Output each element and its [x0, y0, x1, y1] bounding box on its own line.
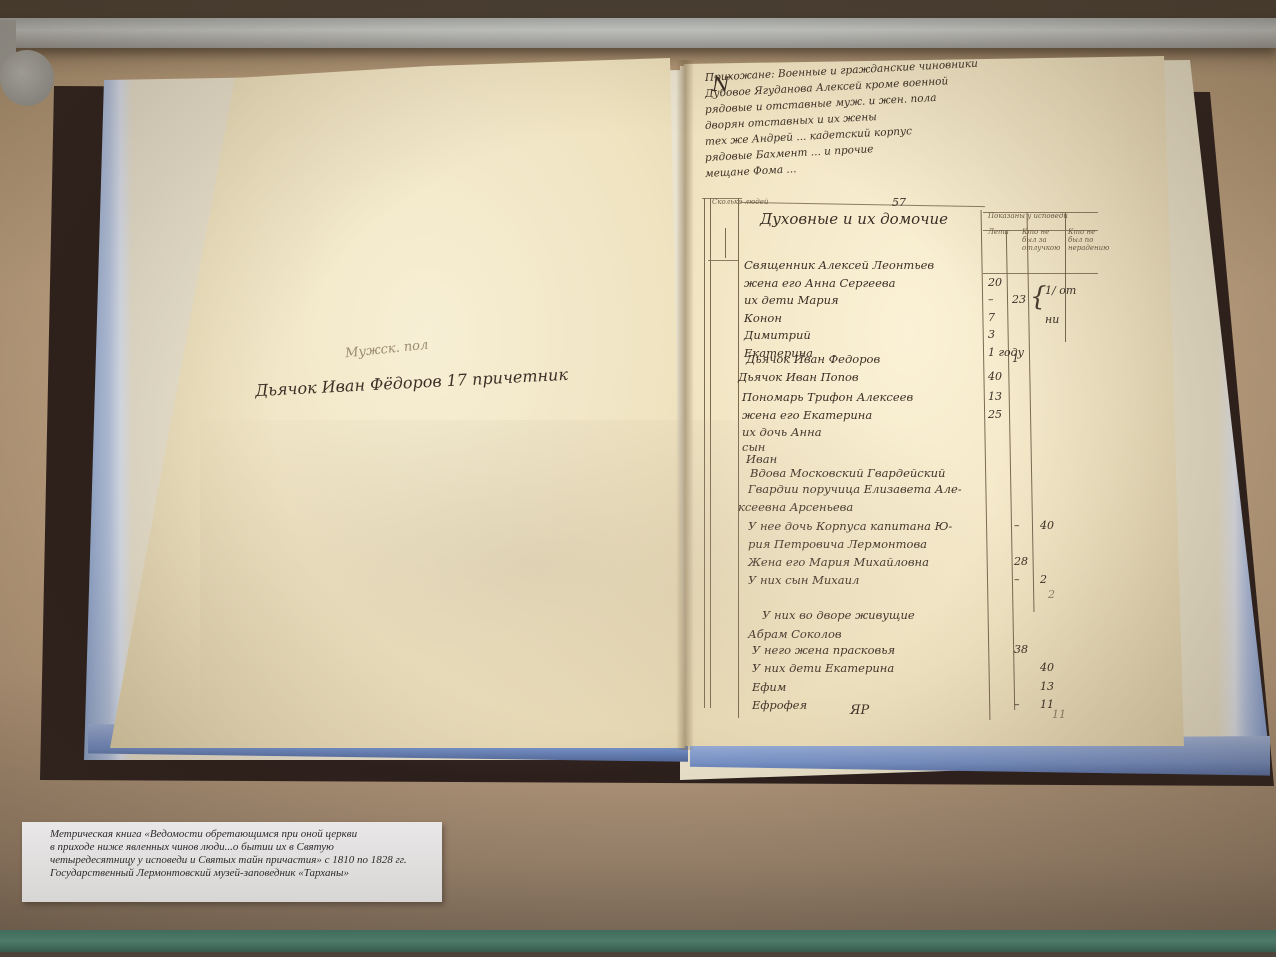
register-entry-text: их дочь Анна	[742, 425, 822, 439]
table-column-rule	[710, 198, 711, 708]
table-rule	[983, 273, 1098, 274]
register-entry-age: –	[1014, 519, 1020, 532]
caption-line: четыредесятницу у исповеди и Святых тайн…	[50, 854, 434, 867]
register-entry-count: 40	[1040, 519, 1054, 532]
register-entry-count: 13	[1040, 680, 1054, 693]
right-page-header-text: Прихожане: Военные и гражданские чиновни…	[705, 70, 1125, 182]
table-column-rule	[725, 228, 726, 258]
column-subheader-negligence: Кто не был по нерадению	[1068, 228, 1108, 252]
register-entry-text: Вдова Московский Гвардейский	[750, 466, 945, 480]
museum-caption-card: Метрическая книга «Ведомости обретающимс…	[22, 822, 442, 902]
register-entry-count: 23	[1012, 293, 1026, 306]
register-entry-age: 7	[988, 311, 995, 324]
register-entry-text: Гвардии поручица Елизавета Але-	[748, 482, 962, 496]
book-gutter	[676, 60, 694, 750]
register-entry-text: У них сын Михаил	[748, 573, 859, 587]
display-case-bottom-rail	[0, 930, 1276, 952]
table-column-rule	[738, 198, 739, 718]
case-mount-bracket-icon	[0, 50, 54, 106]
table-rule	[740, 202, 985, 207]
column-subheader-absent: Кто не был за отлучкою	[1022, 228, 1060, 252]
column-subheader-age: Лета	[988, 228, 1009, 236]
table-column-rule	[704, 198, 705, 708]
table-title: Духовные и их домочие	[760, 210, 948, 228]
register-entry-text: Дьячок Иван Федоров	[746, 352, 880, 366]
register-entry-text: Дьячок Иван Попов	[738, 370, 859, 384]
register-entry-text: У них дети Екатерина	[752, 661, 894, 675]
register-entry-age: 40	[988, 370, 1002, 383]
register-entry-text: Абрам Соколов	[748, 627, 842, 641]
register-entry-age: –	[1014, 698, 1020, 711]
register-entry-age: 3	[988, 328, 995, 341]
table-column-rule	[1027, 212, 1035, 612]
register-entry-text: ксеевна Арсеньева	[738, 500, 853, 514]
register-entry-text: Ефрофея	[752, 698, 807, 712]
register-entry-text: Жена его Мария Михайловна	[748, 555, 929, 569]
register-entry-age: –	[1014, 573, 1020, 586]
register-entry-text: рия Петровича Лермонтова	[748, 537, 927, 551]
register-entry-count: 40	[1040, 661, 1054, 674]
table-rule	[708, 260, 738, 261]
display-case-top-shadow	[0, 0, 1276, 18]
display-case-bottom-edge	[0, 952, 1276, 957]
extra-number: 2	[1048, 588, 1055, 601]
register-entry-text: Пономарь Трифон Алексеев	[742, 390, 913, 404]
display-case-top-rail	[0, 18, 1276, 48]
register-entry-text: жена его Екатерина	[742, 408, 872, 422]
register-entry-text: У нее дочь Корпуса капитана Ю-	[748, 519, 952, 533]
column-header-confession: Показаны у исповеди	[988, 212, 1068, 220]
extra-number: 11	[1052, 708, 1066, 721]
register-entry-text: Ефим	[752, 680, 786, 694]
register-entry-age: –	[988, 293, 994, 306]
column-header-people: Сколько людей	[712, 198, 768, 206]
page-number: 57	[892, 196, 906, 209]
table-column-rule	[1065, 212, 1066, 342]
register-entry-count: 1	[1012, 352, 1019, 365]
register-entry-age: 28	[1014, 555, 1028, 568]
register-entry-text: Иван	[746, 452, 777, 466]
caption-line: Метрическая книга «Ведомости обретающимс…	[50, 828, 434, 841]
register-entry-age: 20	[988, 276, 1002, 289]
bracket-note: 1/ от	[1045, 284, 1076, 297]
register-entry-text: Конон	[744, 311, 782, 325]
register-entry-text: Димитрий	[744, 328, 811, 342]
caption-line: в приходе ниже явленных чинов люди...о б…	[50, 841, 434, 854]
register-entry-text: жена его Анна Сергеева	[744, 276, 895, 290]
bottom-mark: ЯР	[850, 703, 869, 718]
caption-line: Государственный Лермонтовский музей-запо…	[50, 867, 434, 880]
register-entry-text: Священник Алексей Леонтьев	[744, 258, 934, 272]
register-entry-age: 25	[988, 408, 1002, 421]
register-entry-text: их дети Мария	[744, 293, 839, 307]
register-entry-age: 13	[988, 390, 1002, 403]
register-entry-count: 2	[1040, 573, 1047, 586]
bracket-note: ни	[1045, 313, 1059, 326]
register-entry-text: У него жена прасковья	[752, 643, 895, 657]
register-entry-age: 38	[1014, 643, 1028, 656]
register-entry-text: У них во дворе живущие	[762, 608, 915, 622]
